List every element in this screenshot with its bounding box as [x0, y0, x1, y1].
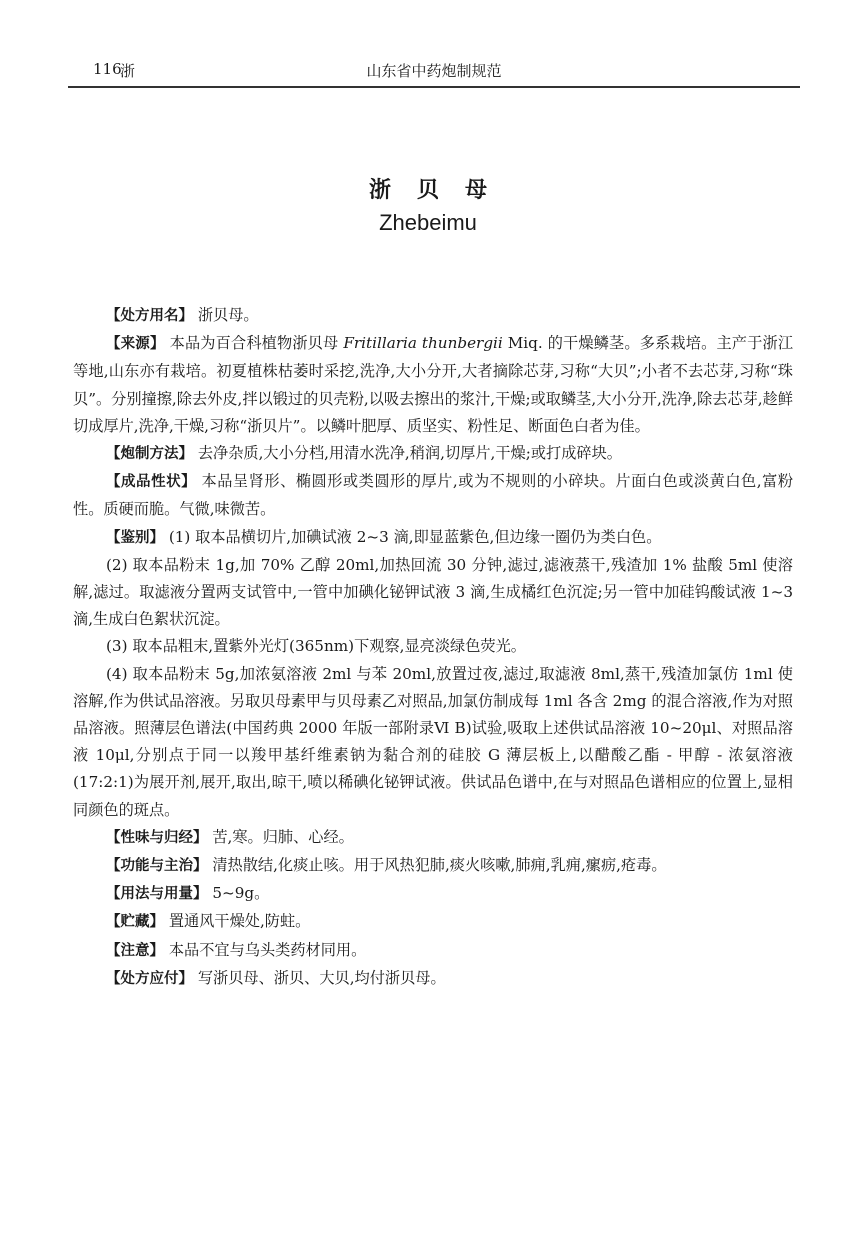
section-text: 置通风干燥处,防蛀。 [164, 912, 310, 930]
section-dispensing: 【处方应付】 写浙贝母、浙贝、大贝,均付浙贝母。 [73, 965, 793, 993]
entry-title-pinyin: Zhebeimu [0, 210, 856, 236]
section-text: 写浙贝母、浙贝、大贝,均付浙贝母。 [193, 969, 446, 987]
latin-name: Fritillaria thunbergii [343, 334, 502, 352]
entry-title-chinese: 浙贝母 [0, 173, 856, 204]
section-product-characteristics: 【成品性状】 本品呈肾形、椭圆形或类圆形的厚片,或为不规则的小碎块。片面白色或淡… [73, 468, 793, 523]
section-identification-3: (3) 取本品粗末,置紫外光灯(365nm)下观察,显亮淡绿色荧光。 [73, 633, 793, 660]
running-header: 116 浙 山东省中药炮制规范 [68, 56, 800, 88]
section-label: 【用法与用量】 [106, 886, 208, 902]
section-label: 【来源】 [106, 336, 165, 352]
section-identification-2: (2) 取本品粉末 1g,加 70% 乙醇 20ml,加热回流 30 分钟,滤过… [73, 552, 793, 634]
section-label: 【炮制方法】 [106, 446, 193, 462]
section-text: 去净杂质,大小分档,用清水洗净,稍润,切厚片,干燥;或打成碎块。 [193, 444, 622, 462]
section-label: 【性味与归经】 [106, 830, 208, 846]
section-label: 【注意】 [106, 943, 164, 959]
section-text: (3) 取本品粗末,置紫外光灯(365nm)下观察,显亮淡绿色荧光。 [106, 637, 526, 655]
section-caution: 【注意】 本品不宜与乌头类药材同用。 [73, 937, 793, 965]
section-text: 苦,寒。归肺、心经。 [208, 828, 354, 846]
section-prescription-name: 【处方用名】 浙贝母。 [73, 302, 793, 330]
entry-body: 【处方用名】 浙贝母。 【来源】 本品为百合科植物浙贝母 Fritillaria… [73, 302, 793, 993]
section-text: 清热散结,化痰止咳。用于风热犯肺,痰火咳嗽,肺痈,乳痈,瘰疬,疮毒。 [208, 856, 667, 874]
section-text: (1) 取本品横切片,加碘试液 2~3 滴,即显蓝紫色,但边缘一圈仍为类白色。 [164, 528, 661, 546]
section-label: 【鉴别】 [106, 530, 164, 546]
section-text: (2) 取本品粉末 1g,加 70% 乙醇 20ml,加热回流 30 分钟,滤过… [73, 556, 793, 628]
section-text: 本品为百合科植物浙贝母 [165, 334, 344, 352]
section-label: 【处方用名】 [106, 308, 193, 324]
section-usage-dosage: 【用法与用量】 5~9g。 [73, 880, 793, 908]
section-source: 【来源】 本品为百合科植物浙贝母 Fritillaria thunbergii … [73, 330, 793, 440]
section-identification-4: (4) 取本品粉末 5g,加浓氨溶液 2ml 与苯 20ml,放置过夜,滤过,取… [73, 661, 793, 824]
book-title: 山东省中药炮制规范 [68, 60, 800, 81]
section-nature-meridian: 【性味与归经】 苦,寒。归肺、心经。 [73, 824, 793, 852]
section-text: 本品不宜与乌头类药材同用。 [164, 941, 366, 959]
section-label: 【处方应付】 [106, 971, 193, 987]
section-functions-indications: 【功能与主治】 清热散结,化痰止咳。用于风热犯肺,痰火咳嗽,肺痈,乳痈,瘰疬,疮… [73, 852, 793, 880]
header-rule [68, 86, 800, 88]
section-text: (4) 取本品粉末 5g,加浓氨溶液 2ml 与苯 20ml,放置过夜,滤过,取… [73, 665, 793, 819]
section-identification-1: 【鉴别】 (1) 取本品横切片,加碘试液 2~3 滴,即显蓝紫色,但边缘一圈仍为… [73, 524, 793, 552]
section-label: 【贮藏】 [106, 914, 164, 930]
section-text: 5~9g。 [208, 884, 270, 902]
section-text: 浙贝母。 [193, 306, 259, 324]
section-label: 【功能与主治】 [106, 858, 208, 874]
section-label: 【成品性状】 [106, 474, 196, 490]
section-storage: 【贮藏】 置通风干燥处,防蛀。 [73, 908, 793, 936]
section-processing-method: 【炮制方法】 去净杂质,大小分档,用清水洗净,稍润,切厚片,干燥;或打成碎块。 [73, 440, 793, 468]
